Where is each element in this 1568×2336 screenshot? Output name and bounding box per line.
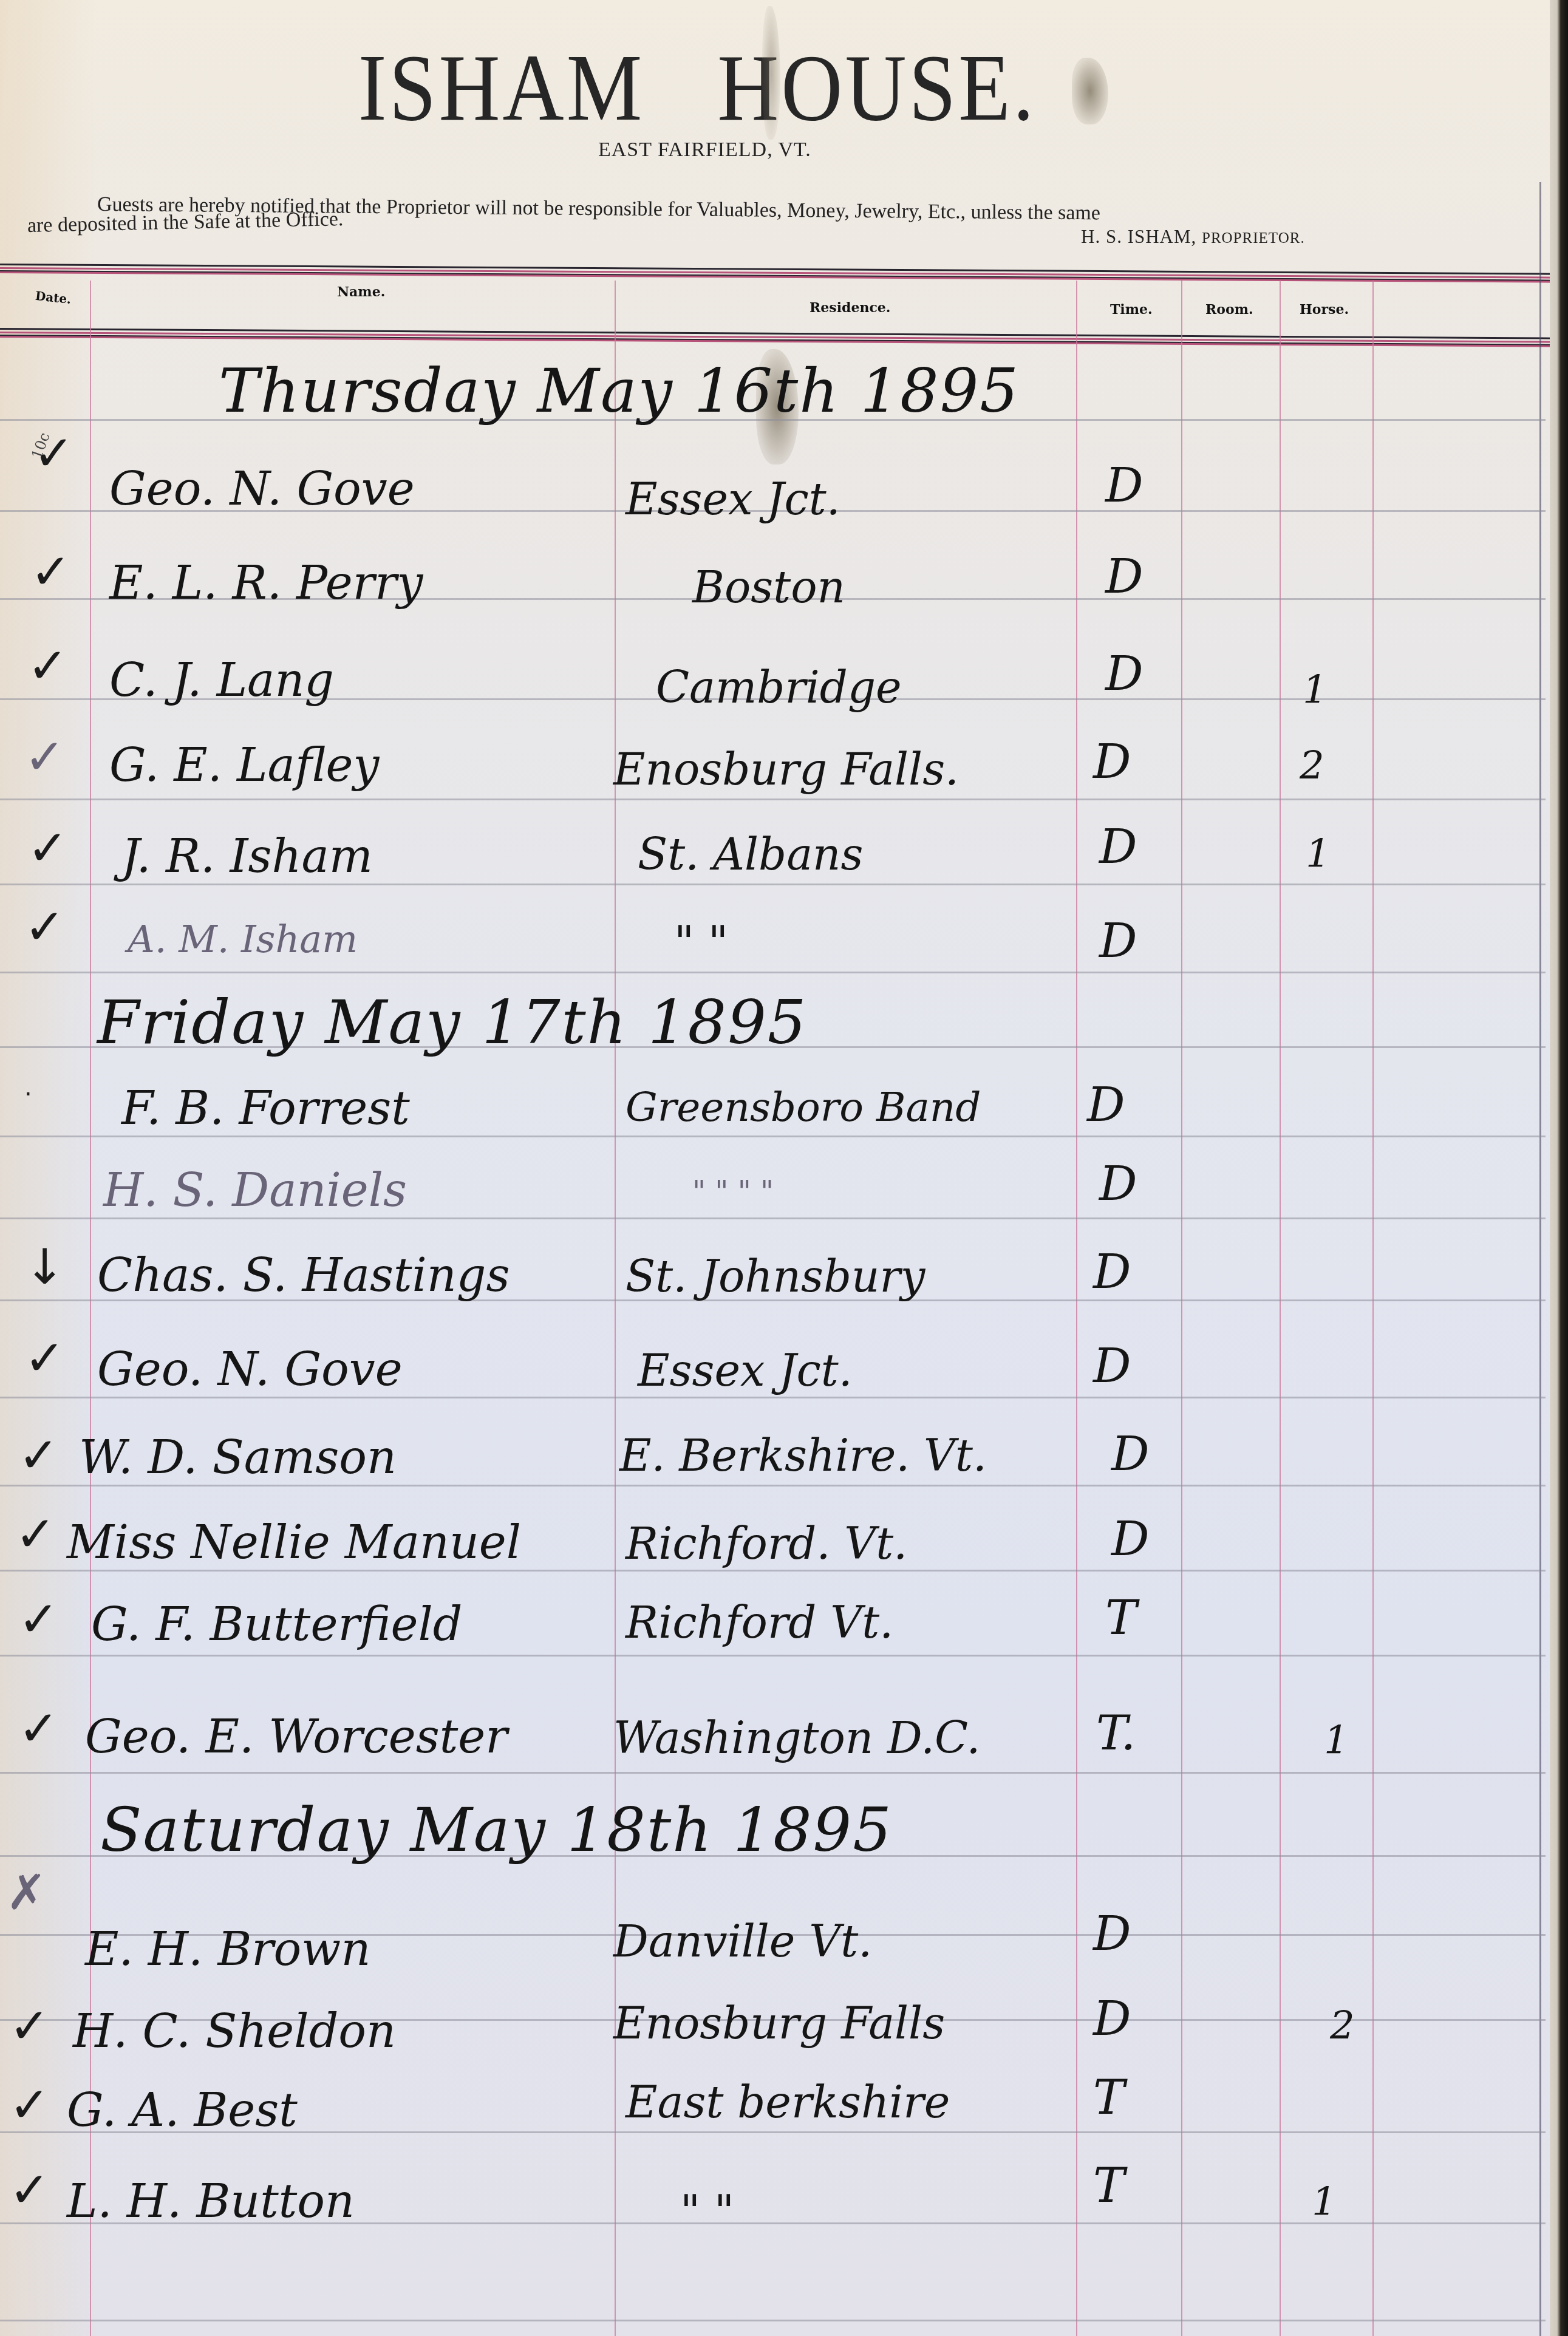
guest-name: H. S. Daniels [103,1163,407,1217]
row-rule [0,1655,1546,1657]
header-rule-top [0,262,1555,283]
arrival-time: D [1093,1992,1131,2046]
arrival-time: D [1099,820,1137,874]
guest-name: Chas. S. Hastings [97,1248,510,1302]
guest-name: Geo. N. Gove [97,1342,403,1396]
page-tint [0,0,97,2336]
guest-name: F. B. Forrest [121,1081,410,1135]
guest-residence: East berkshire [625,2077,950,2128]
arrival-time: D [1093,1907,1131,1961]
arrival-time: D [1111,1427,1150,1482]
rule-time-room [1181,281,1182,2336]
arrival-time: T [1093,2071,1125,2125]
proprietor-name: H. S. ISHAM, [1081,226,1196,247]
check-mark: ✓ [24,729,65,785]
column-header-room: Room. [1205,302,1253,318]
check-mark: ✓ [27,820,68,876]
day-heading-friday: Friday May 17th 1895 [97,987,808,1058]
check-mark: ✓ [24,899,65,955]
check-mark: ✓ [18,1427,59,1483]
guest-name: W. D. Samson [79,1430,397,1484]
arrival-time: D [1111,1512,1150,1567]
arrival-time: D [1105,647,1144,701]
guest-residence: Enosburg Falls [613,1998,945,2049]
guest-name: J. R. Isham [121,829,373,883]
arrival-time: D [1105,550,1144,604]
check-mark: ✓ [30,543,71,600]
proprietor-signature: H. S. ISHAM, PROPRIETOR. [1081,226,1305,248]
arrival-time: D [1099,914,1137,969]
arrival-time: D [1093,1245,1131,1299]
guest-residence: Richford Vt. [625,1597,893,1648]
row-rule [0,1217,1546,1219]
column-header-name: Name. [337,284,385,300]
check-mark: ↓ [24,1239,65,1295]
guest-residence: St. Johnsbury [625,1251,925,1302]
guest-name: G. A. Best [67,2083,298,2137]
guest-residence: Richford. Vt. [625,1518,907,1569]
guest-residence: Boston [692,562,845,613]
guest-residence: " " " " [692,1175,774,1209]
guest-residence: St. Albans [638,829,863,880]
guest-residence: Essex Jct. [625,474,840,525]
guest-residence: E. Berkshire. Vt. [619,1430,987,1481]
guest-name: L. H. Button [67,2174,355,2228]
guest-name: Geo. N. Gove [109,461,415,516]
arrival-time: T. [1096,1706,1136,1761]
row-rule [0,1136,1546,1137]
guest-name: G. E. Lafley [109,738,380,792]
arrival-time: T [1093,2159,1125,2213]
hotel-title: ISHAMHOUSE. [358,33,1037,143]
column-header-time: Time. [1110,302,1153,318]
arrival-time: D [1093,735,1131,789]
row-rule [0,1485,1546,1486]
horse-count: 1 [1303,668,1328,713]
book-binding [1550,0,1568,2336]
arrival-time: D [1105,458,1144,513]
cross-mark: ✗ [6,1864,47,1921]
check-mark: ✓ [18,1700,59,1757]
arrival-time: T [1105,1591,1137,1646]
guest-residence: Danville Vt. [613,1916,872,1967]
horse-count: 2 [1300,744,1324,789]
ink-stain [1072,58,1108,124]
check-mark: ✓ [9,2162,50,2218]
header-rule-bottom [0,327,1555,347]
check-mark: · [24,1081,32,1109]
guest-name: G. F. Butterfield [91,1597,462,1651]
guest-residence: Cambridge [656,662,902,713]
page-edge-rule [1539,182,1541,2336]
arrival-time: D [1099,1157,1137,1211]
guest-name: A. M. Isham [128,917,358,961]
guest-residence: Greensboro Band [625,1084,981,1131]
check-mark: ✓ [33,425,74,482]
column-header-horse: Horse. [1300,302,1349,318]
guest-name: C. J. Lang [109,653,334,707]
guest-name: H. C. Sheldon [73,2004,396,2058]
hotel-location: EAST FAIRFIELD, VT. [598,138,811,162]
guest-name: E. H. Brown [85,1922,370,1976]
proprietor-title: PROPRIETOR. [1202,230,1305,247]
column-header-residence: Residence. [810,300,890,316]
guest-residence: " " [674,917,728,968]
rule-residence-time [1076,281,1077,2336]
check-mark: ✓ [24,1330,65,1386]
check-mark: ✓ [27,638,68,694]
row-rule [0,1397,1546,1398]
row-rule [0,1772,1546,1774]
day-heading-saturday: Saturday May 18th 1895 [100,1794,893,1865]
guest-name: E. L. R. Perry [109,556,423,610]
ink-stain [762,6,780,140]
day-heading-thursday: Thursday May 16th 1895 [219,355,1020,426]
row-rule [0,1570,1546,1572]
rule-horse-extra [1372,281,1374,2336]
row-rule [0,972,1546,973]
horse-count: 1 [1324,1718,1349,1763]
guest-name: Miss Nellie Manuel [67,1515,521,1569]
check-mark: ✓ [9,2077,50,2133]
check-mark: ✓ [18,1591,59,1647]
check-mark: ✓ [15,1506,56,1562]
horse-count: 2 [1330,2004,1355,2049]
guest-residence: Enosburg Falls. [613,744,959,795]
arrival-time: D [1093,1339,1131,1394]
check-mark: ✓ [9,1998,50,2054]
row-rule [0,799,1546,800]
horse-count: 1 [1312,2180,1337,2225]
rule-room-horse [1280,281,1281,2336]
guest-residence: " " [680,2186,734,2237]
guest-residence: Washington D.C. [613,1712,980,1763]
row-rule [0,2320,1546,2321]
arrival-time: D [1087,1078,1125,1132]
title-left: ISHAM [358,35,644,141]
guest-residence: Essex Jct. [638,1345,853,1396]
horse-count: 1 [1306,832,1331,877]
guest-name: Geo. E. Worcester [85,1709,508,1763]
row-rule [0,884,1546,885]
